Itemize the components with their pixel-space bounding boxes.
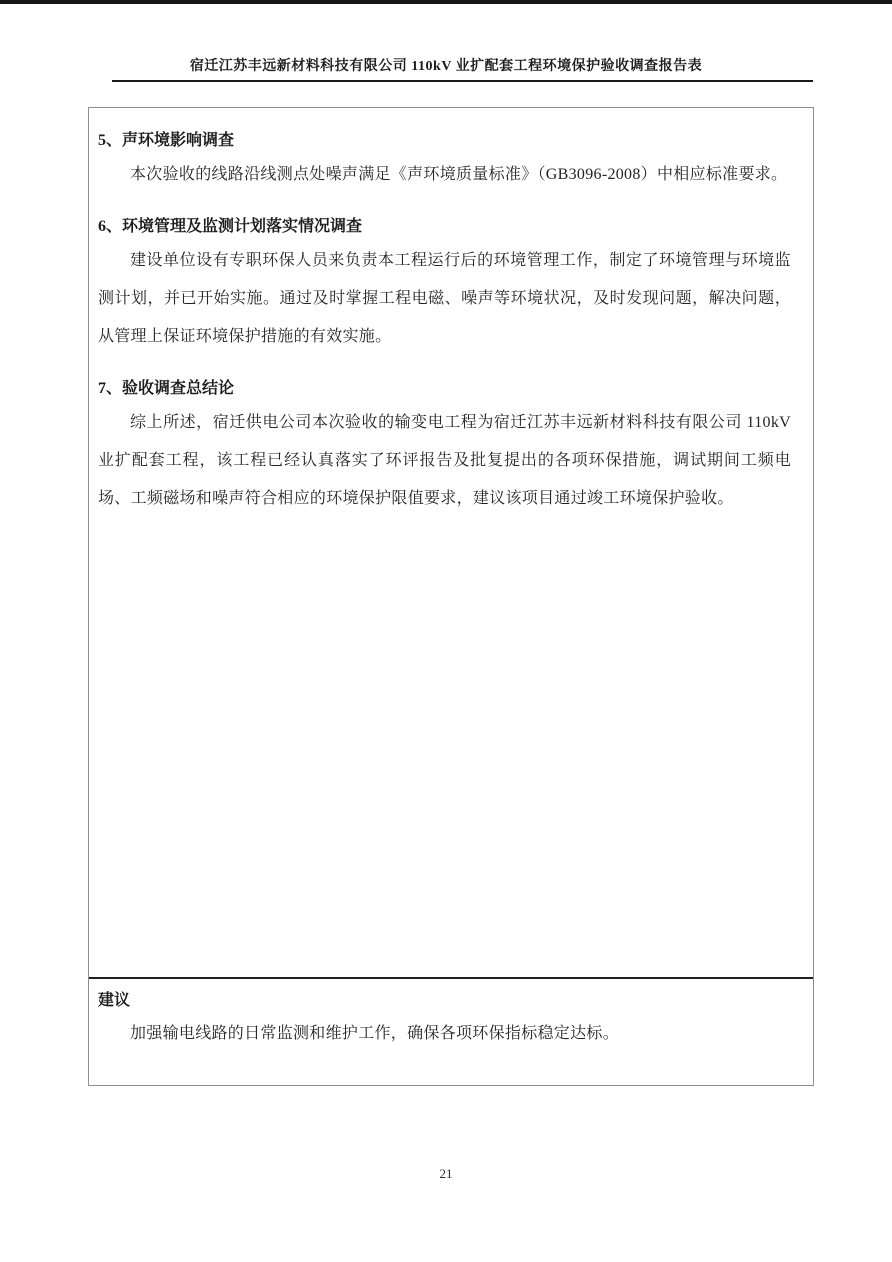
document-header-title: 宿迁江苏丰远新材料科技有限公司 110kV 业扩配套工程环境保护验收调查报告表: [0, 55, 892, 75]
header-rule: [112, 80, 813, 82]
section-7-heading: 7、验收调查总结论: [98, 378, 791, 400]
section-7-paragraph: 综上所述，宿迁供电公司本次验收的输变电工程为宿迁江苏丰远新材料科技有限公司 11…: [98, 404, 791, 518]
section-6-heading: 6、环境管理及监测计划落实情况调查: [98, 216, 791, 238]
section-6-paragraph: 建设单位设有专职环保人员来负责本工程运行后的环境管理工作，制定了环境管理与环境监…: [98, 242, 791, 356]
suggestion-body: 加强输电线路的日常监测和维护工作，确保各项环保指标稳定达标。: [98, 1019, 791, 1049]
scan-edge-artifact: [0, 0, 892, 4]
page-number: 21: [0, 1166, 892, 1182]
section-5-heading: 5、声环境影响调查: [98, 130, 791, 152]
report-table: 5、声环境影响调查 本次验收的线路沿线测点处噪声满足《声环境质量标准》（GB30…: [88, 107, 814, 1086]
section-5-paragraph: 本次验收的线路沿线测点处噪声满足《声环境质量标准》（GB3096-2008）中相…: [98, 156, 791, 194]
report-main-cell: 5、声环境影响调查 本次验收的线路沿线测点处噪声满足《声环境质量标准》（GB30…: [89, 108, 813, 979]
suggestion-heading: 建议: [98, 989, 791, 1013]
suggestion-cell: 建议 加强输电线路的日常监测和维护工作，确保各项环保指标稳定达标。: [89, 979, 813, 1085]
